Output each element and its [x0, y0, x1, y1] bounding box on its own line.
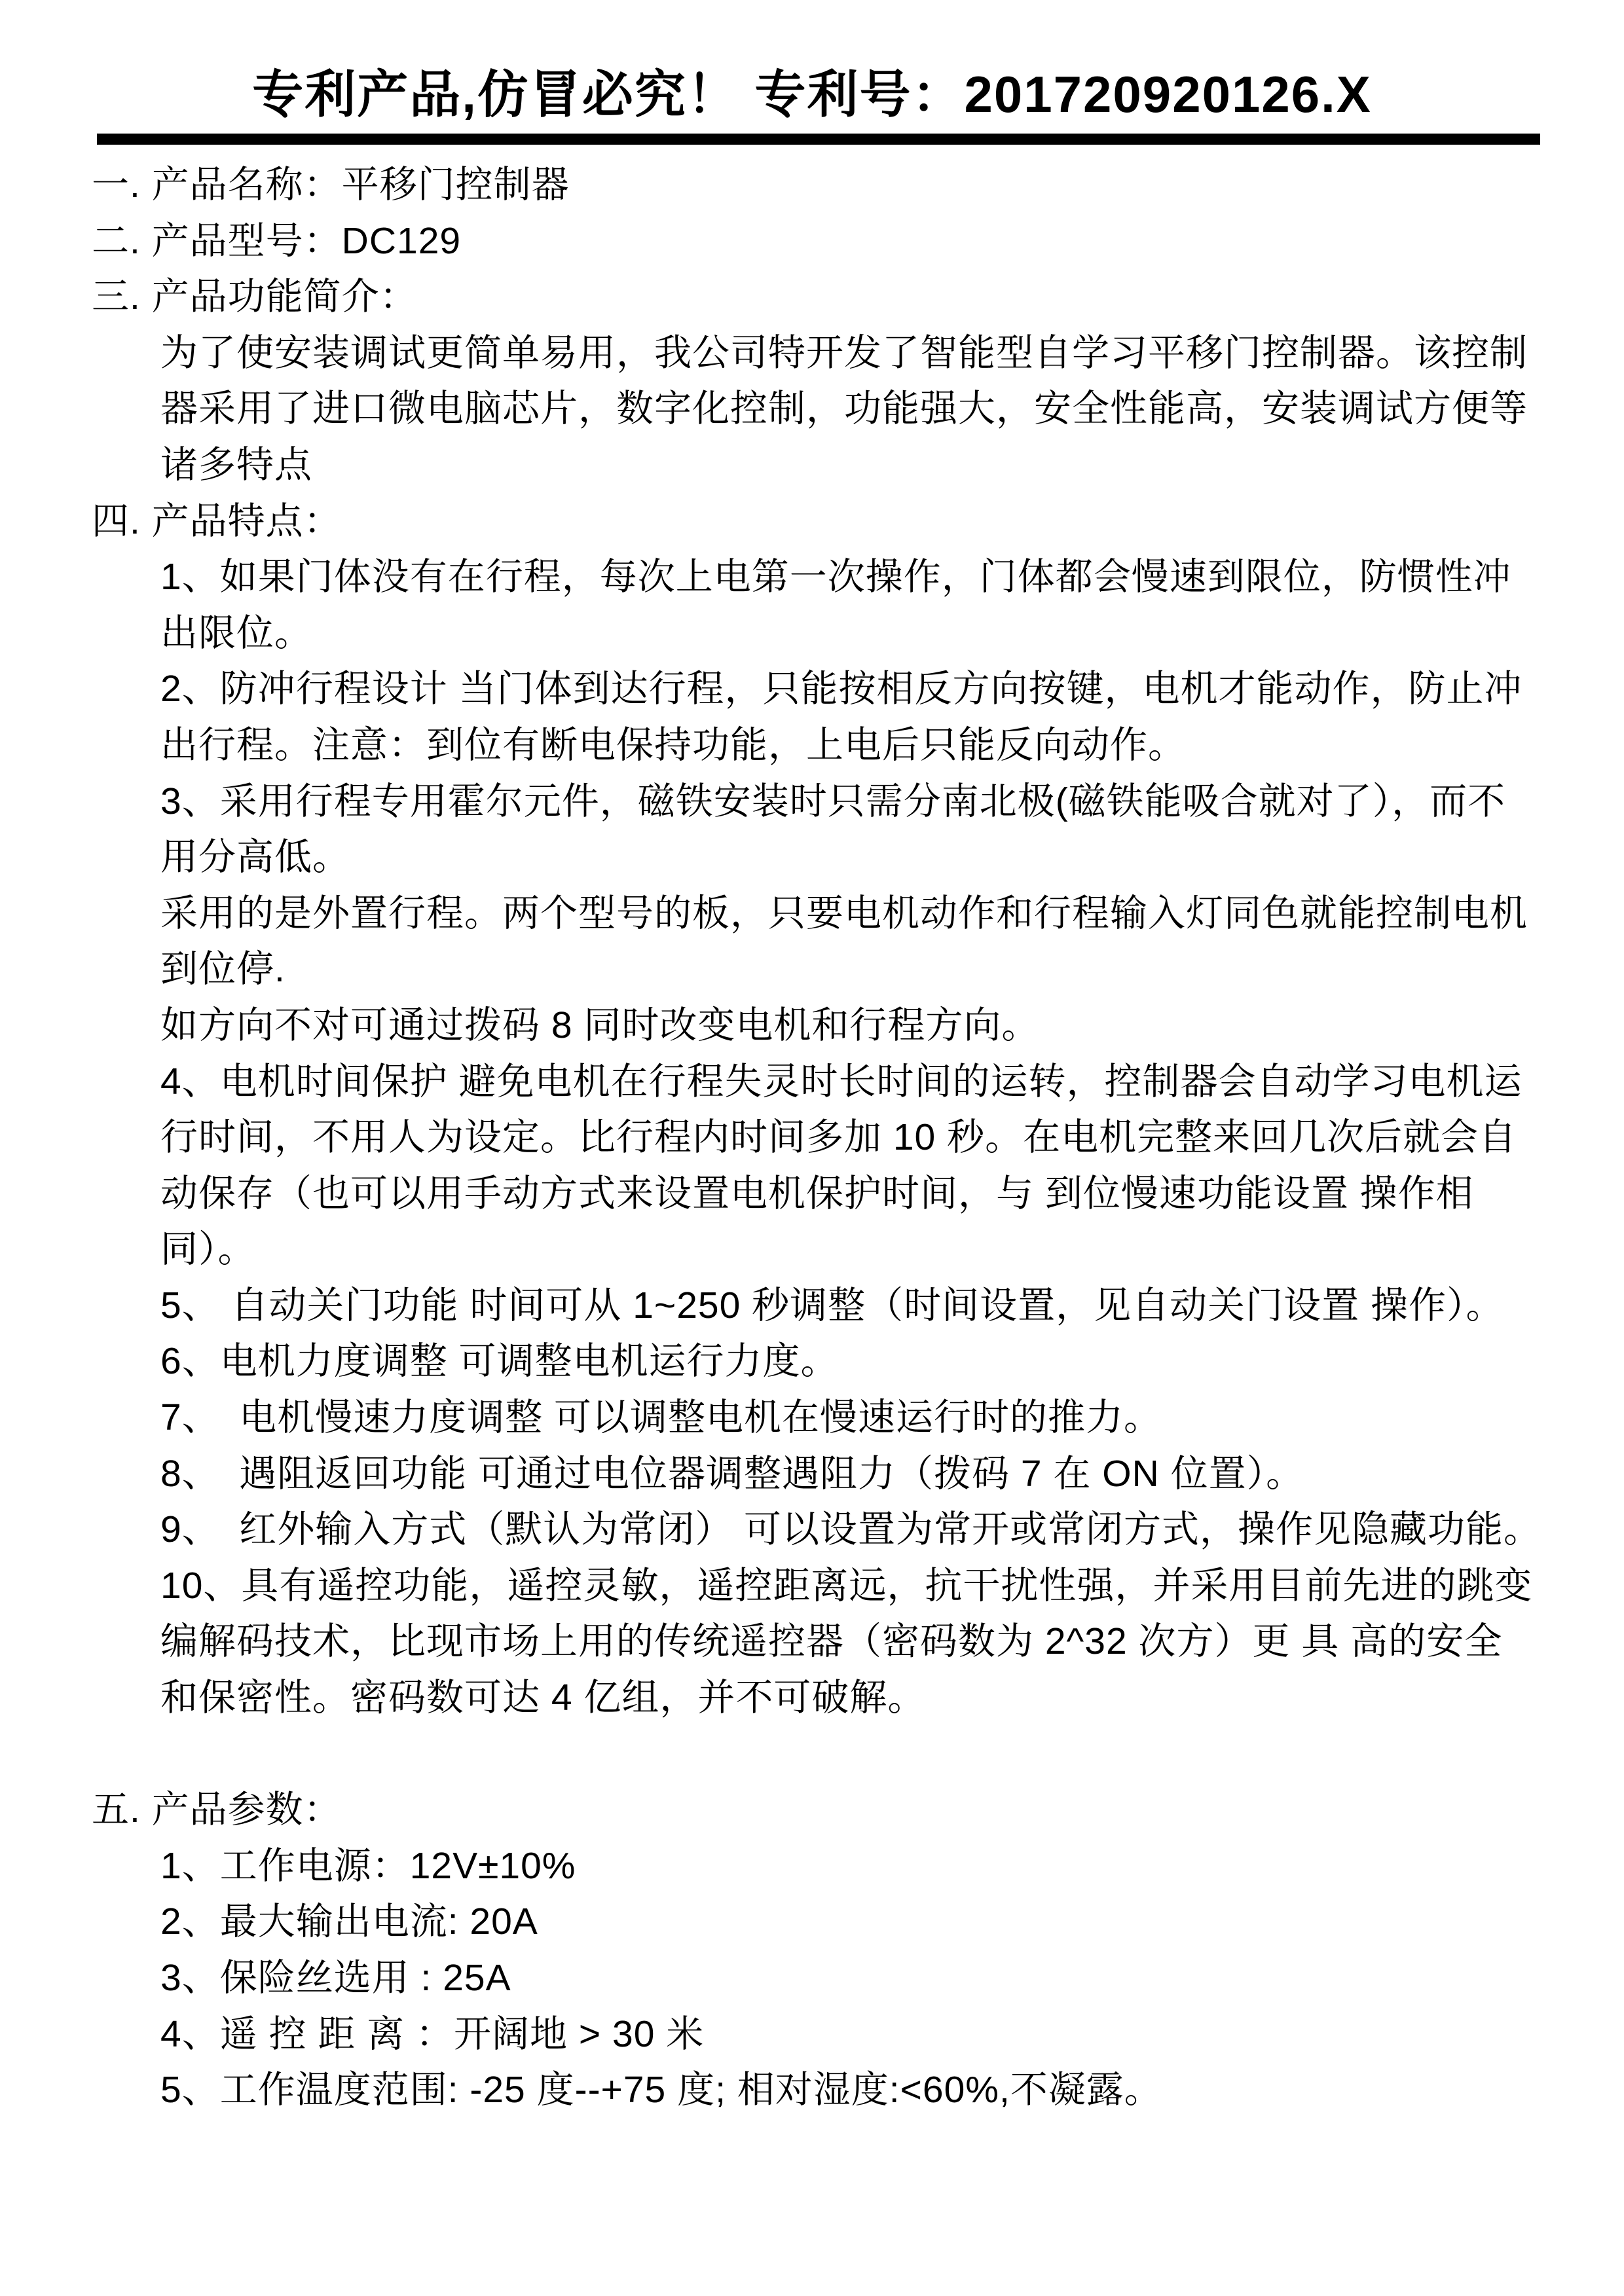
document-body: 一. 产品名称：平移门控制器二. 产品型号：DC129三. 产品功能简介：为了使… — [0, 157, 1624, 2119]
text-line: 7、 电机慢速力度调整 可以调整电机在慢速运行时的推力。 — [0, 1390, 1624, 1446]
text-line: 为了使安装调试更简单易用，我公司特开发了智能型自学习平移门控制器。该控制 — [0, 325, 1624, 382]
text-line: 二. 产品型号：DC129 — [0, 213, 1624, 270]
text-line: 采用的是外置行程。两个型号的板，只要电机动作和行程输入灯同色就能控制电机 — [0, 886, 1624, 942]
page-title: 专利产品,仿冒必究！ 专利号：201720920126.X — [0, 54, 1624, 127]
text-line: 五. 产品参数： — [0, 1782, 1624, 1838]
text-line: 出限位。 — [0, 606, 1624, 662]
text-line: 2、最大输出电流: 20A — [0, 1894, 1624, 1950]
document-page: 专利产品,仿冒必究！ 专利号：201720920126.X 一. 产品名称：平移… — [0, 0, 1624, 2296]
text-line: 四. 产品特点： — [0, 494, 1624, 550]
text-line: 5、工作温度范围: -25 度--+75 度; 相对湿度:<60%,不凝露。 — [0, 2062, 1624, 2119]
text-line: 如方向不对可通过拨码 8 同时改变电机和行程方向。 — [0, 998, 1624, 1054]
text-line: 器采用了进口微电脑芯片，数字化控制，功能强大，安全性能高，安装调试方便等 — [0, 381, 1624, 437]
text-line: 诸多特点 — [0, 437, 1624, 494]
text-line: 5、 自动关门功能 时间可从 1~250 秒调整（时间设置，见自动关门设置 操作… — [0, 1278, 1624, 1334]
text-line: 3、采用行程专用霍尔元件，磁铁安装时只需分南北极(磁铁能吸合就对了），而不 — [0, 774, 1624, 830]
text-line: 出行程。注意：到位有断电保持功能，上电后只能反向动作。 — [0, 718, 1624, 774]
text-line: 8、 遇阻返回功能 可通过电位器调整遇阻力（拨码 7 在 ON 位置）。 — [0, 1446, 1624, 1503]
text-line: 1、工作电源：12V±10% — [0, 1838, 1624, 1895]
text-line: 行时间，不用人为设定。比行程内时间多加 10 秒。在电机完整来回几次后就会自 — [0, 1110, 1624, 1166]
text-line: 4、遥 控 距 离 ：开阔地 > 30 米 — [0, 2007, 1624, 2063]
text-line: 9、 红外输入方式（默认为常闭） 可以设置为常开或常闭方式，操作见隐藏功能。 — [0, 1502, 1624, 1558]
text-line: 2、防冲行程设计 当门体到达行程，只能按相反方向按键，电机才能动作，防止冲 — [0, 661, 1624, 718]
text-line — [0, 1726, 1624, 1783]
text-line: 动保存（也可以用手动方式来设置电机保护时间，与 到位慢速功能设置 操作相 — [0, 1166, 1624, 1222]
text-line: 4、电机时间保护 避免电机在行程失灵时长时间的运转，控制器会自动学习电机运 — [0, 1054, 1624, 1110]
text-line: 6、电机力度调整 可调整电机运行力度。 — [0, 1334, 1624, 1390]
text-line: 3、保险丝选用 : 25A — [0, 1950, 1624, 2007]
text-line: 到位停. — [0, 941, 1624, 998]
text-line: 编解码技术，比现市场上用的传统遥控器（密码数为 2^32 次方）更 具 高的安全 — [0, 1614, 1624, 1670]
text-line: 三. 产品功能简介： — [0, 269, 1624, 325]
text-line: 同）。 — [0, 1222, 1624, 1278]
text-line: 用分高低。 — [0, 829, 1624, 886]
text-line: 和保密性。密码数可达 4 亿组，并不可破解。 — [0, 1670, 1624, 1726]
text-line: 一. 产品名称：平移门控制器 — [0, 157, 1624, 213]
text-line: 10、具有遥控功能，遥控灵敏，遥控距离远，抗干扰性强，并采用目前先进的跳变 — [0, 1558, 1624, 1614]
title-rule — [97, 134, 1540, 145]
text-line: 1、如果门体没有在行程，每次上电第一次操作，门体都会慢速到限位，防惯性冲 — [0, 549, 1624, 606]
